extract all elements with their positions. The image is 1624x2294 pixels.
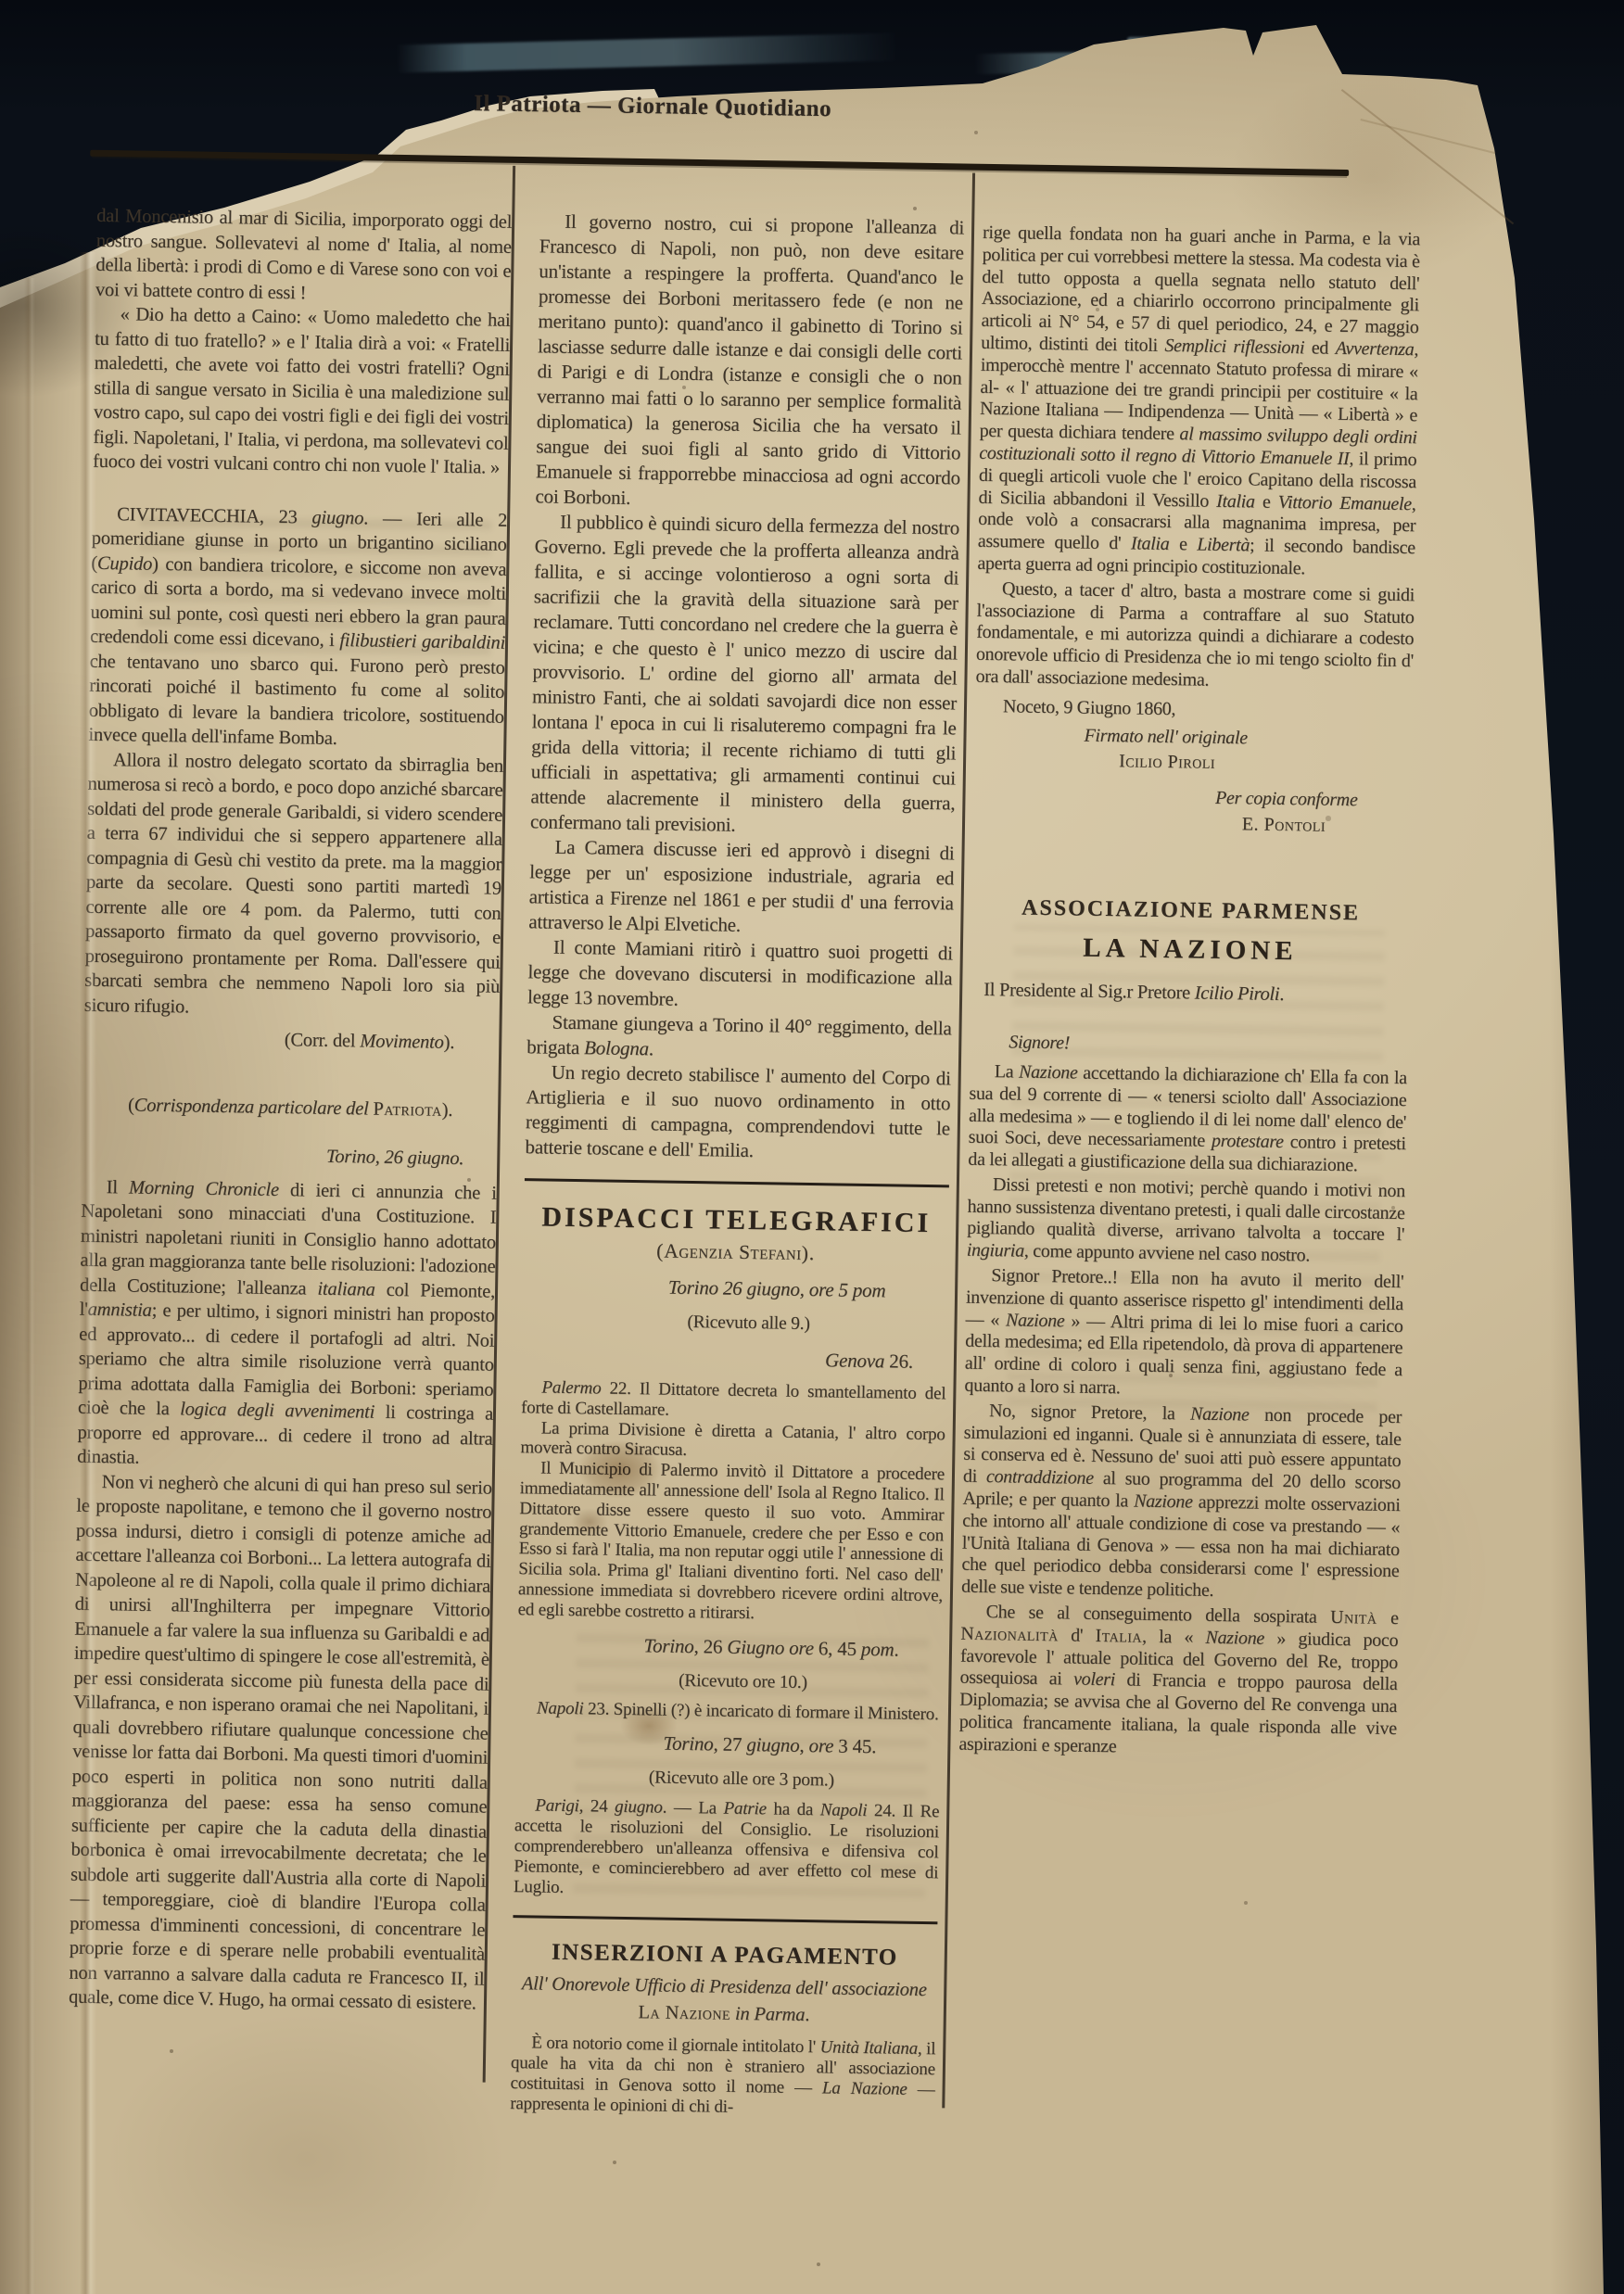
section-heading: ASSOCIAZIONE PARMENSE — [971, 896, 1409, 925]
address-line: All' Onorevole Ufficio di Presidenza del… — [512, 1971, 936, 2003]
section-heading: DISPACCI TELEGRAFICI — [524, 1204, 948, 1236]
body-paragraph: Stamane giungeva a Torino il 40° reggime… — [527, 1009, 952, 1066]
paper-specks — [0, 0, 2, 2]
newspaper-column-left: dal Moncenisio al mar di Sicilia, imporp… — [69, 204, 513, 2016]
dispatch-paragraph: Il Municipio di Palermo invitò il Dittat… — [517, 1458, 945, 1627]
printed-area: Il Patriota — Giornale Quotidiano dal Mo… — [48, 83, 1427, 2264]
section-heading: LA NAZIONE — [971, 935, 1409, 964]
body-paragraph: Il conte Mamiani ritirò i quattro suoi p… — [527, 934, 953, 1016]
body-paragraph: rige quella fondata non ha guari anche i… — [977, 222, 1420, 582]
body-paragraph: La Camera discusse ieri ed approvò i dis… — [528, 834, 955, 941]
masthead-rule — [90, 150, 1349, 176]
body-paragraph: dal Moncenisio al mar di Sicilia, imporp… — [95, 204, 513, 309]
place-date: Noceto, 9 Giugno 1860, — [975, 695, 1413, 724]
signature-note: Per copia conforme — [973, 784, 1411, 813]
body-paragraph: Un regio decreto stabilisce l' aumento d… — [525, 1059, 951, 1166]
section-heading: INSERZIONI A PAGAMENTO — [513, 1939, 937, 1971]
body-paragraph: Il governo nostro, cui si propone l'alle… — [535, 209, 964, 515]
byline: Il Presidente al Sig.r Pretore Icilio Pi… — [971, 980, 1408, 1008]
body-paragraph: CIVITAVECCHIA, 23 giugno. — Ieri alle 2 … — [88, 501, 507, 754]
body-paragraph: Il Morning Chronicle di ieri ci annunzia… — [77, 1174, 497, 1476]
correspondence-note: (Corrispondenza particolare del Patriota… — [82, 1092, 498, 1123]
body-paragraph: Dissi pretesti e non motivi; perchè quan… — [967, 1174, 1405, 1270]
received-note: (Ricevuto alle 9.) — [522, 1307, 946, 1338]
correspondent-credit: (Corr. del Movimento). — [83, 1025, 499, 1057]
dateline: Torino, 26 giugno. — [82, 1141, 497, 1172]
body-paragraph: No, signor Pretore, la Nazione non proce… — [961, 1400, 1402, 1606]
section-divider — [525, 1178, 949, 1188]
body-paragraph: Non vi negherò che alcuni di qui han pre… — [69, 1469, 492, 2016]
dispatch-paragraph: Palermo 22. Il Dittatore decreta lo sman… — [521, 1377, 946, 1425]
dateline: Torino, 27 giugno, ore 3 45. — [515, 1729, 940, 1760]
dispatch-paragraph: È ora notorio come il giornale intitolat… — [510, 2033, 935, 2120]
body-paragraph: « Dio ha detto a Caino: « Uomo maledetto… — [93, 302, 511, 481]
tape-remnant — [397, 32, 898, 72]
dispatch-paragraph: Parigi, 24 giugno. — La Patrie ha da Nap… — [514, 1795, 940, 1903]
dispatch-paragraph: La prima Divisione è diretta a Catania, … — [520, 1418, 945, 1465]
body-paragraph: Il pubblico è quindi sicuro della fermez… — [530, 509, 959, 841]
body-paragraph: Allora il nostro delegato scortato da sb… — [84, 747, 504, 1024]
newspaper-column-right: rige quella fondata non ha guari anche i… — [958, 220, 1420, 1763]
agency-line: (Agenzia Stefani). — [524, 1236, 948, 1268]
address-line: La Nazione in Parma. — [512, 1998, 936, 2030]
salutation: Signore! — [970, 1032, 1407, 1060]
body-paragraph: La Nazione accettando la dichiarazione c… — [968, 1061, 1407, 1178]
signature-name: E. Pontoli — [973, 810, 1411, 839]
dateline: Torino 26 giugno, ore 5 pom — [523, 1273, 947, 1304]
signature-name: Icilio Piroli — [974, 749, 1412, 778]
section-divider — [513, 1915, 937, 1925]
body-paragraph: Che se al conseguimento della sospirata … — [958, 1602, 1399, 1763]
dispatch-paragraph: Napoli 23. Spinelli (?) è incaricato di … — [516, 1698, 941, 1725]
newspaper-column-middle: Il governo nostro, cui si propone l'alle… — [510, 209, 964, 2120]
dateline: Genova 26. — [522, 1343, 946, 1375]
dateline: Torino, 26 Giugno ore 6, 45 pom. — [517, 1631, 942, 1663]
body-paragraph: Signor Pretore..! Ella non ha avuto il m… — [964, 1265, 1403, 1404]
scanned-newspaper-page: Il Patriota — Giornale Quotidiano dal Mo… — [0, 0, 1624, 2294]
received-note: (Ricevuto ore 10.) — [516, 1666, 941, 1697]
signature-note: Firmato nell' originale — [974, 723, 1412, 752]
received-note: (Ricevuto alle ore 3 pom.) — [515, 1763, 940, 1794]
masthead-title: Il Patriota — Giornale Quotidiano — [474, 91, 831, 122]
body-paragraph: Questo, a tacer d' altro, basta a mostra… — [975, 578, 1415, 695]
